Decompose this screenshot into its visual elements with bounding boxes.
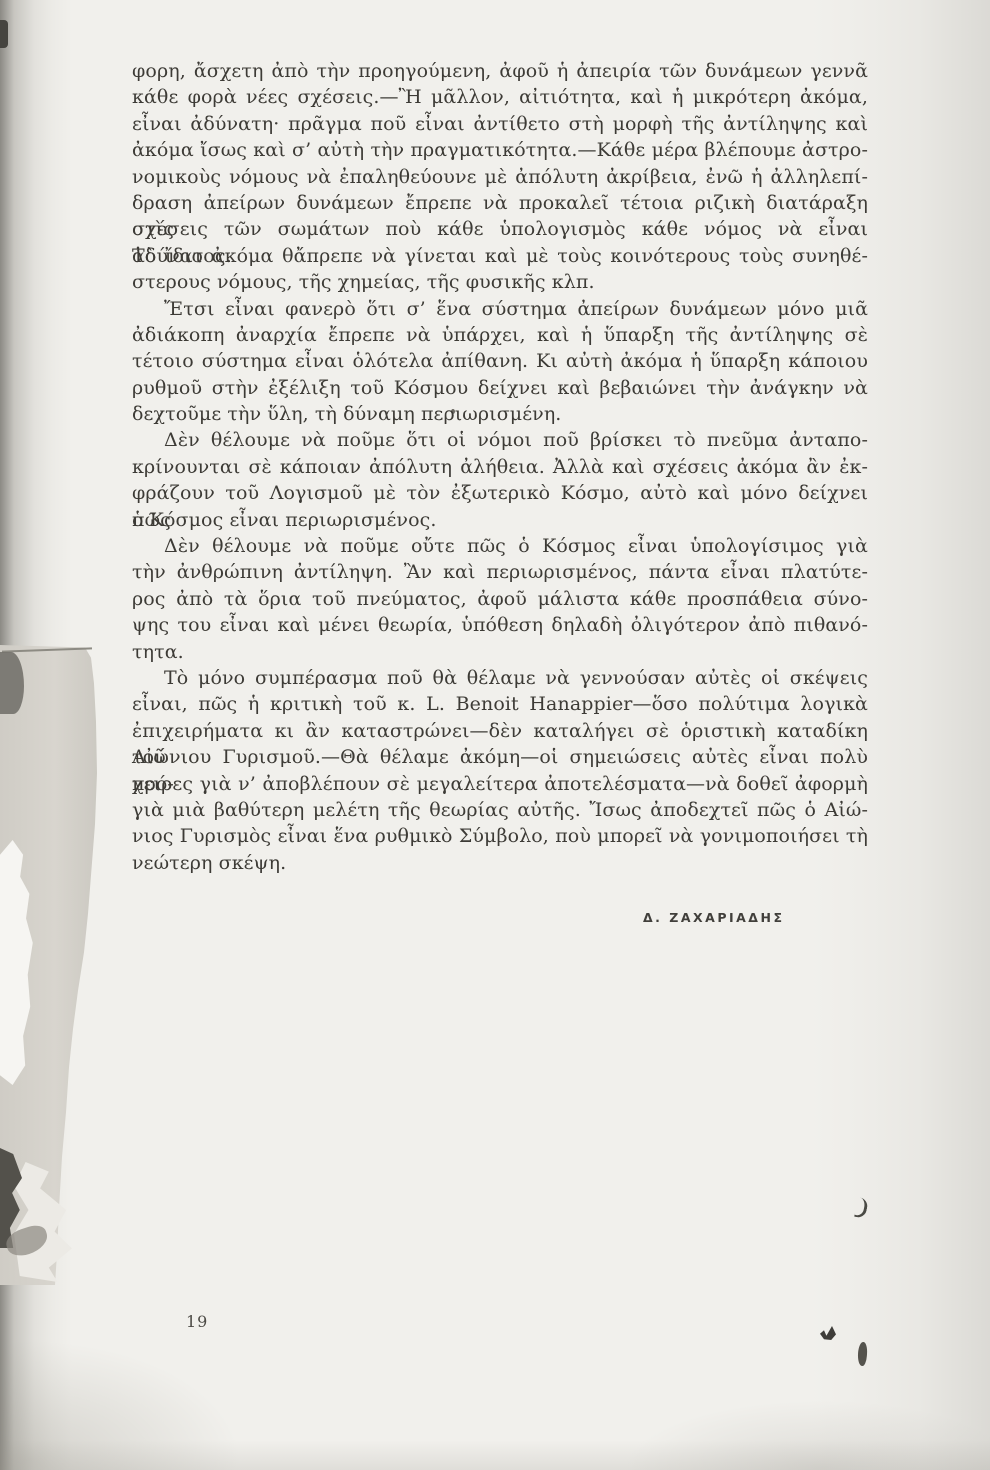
- text-line: ρος ἀπὸ τὰ ὅρια τοῦ πνεύματος, ἀφοῦ μάλι…: [132, 586, 868, 612]
- text-line: ἀκόμα ἴσως καὶ σ’ αὐτὴ τὴν πραγματικότητ…: [132, 137, 868, 163]
- ink-smudge: [0, 20, 8, 48]
- text-line: ὁ Κόσμος εἶναι περιωρισμένος.: [132, 507, 868, 533]
- text-line: ψης του εἶναι καὶ μένει θεωρία, ὑπόθεση …: [132, 612, 868, 638]
- paragraph: φορη, ἄσχετη ἀπὸ τὴν προηγούμενη, ἀφοῦ ἡ…: [132, 58, 868, 296]
- text-line: Δὲν θέλουμε νὰ ποῦμε οὔτε πῶς ὁ Κόσμος ε…: [132, 533, 868, 559]
- scanned-book-page: φορη, ἄσχετη ἀπὸ τὴν προηγούμενη, ἀφοῦ ἡ…: [0, 0, 990, 1470]
- stray-ink-mark: [854, 1197, 869, 1219]
- text-line: εἶναι ἀδύνατη· πρᾶγμα ποῦ εἶναι ἀντίθετο…: [132, 111, 868, 137]
- page-number: 19: [186, 1312, 208, 1331]
- text-line: νεώτερη σκέψη.: [132, 850, 868, 876]
- author-signature: Δ. ΖΑΧΑΡΙΑΔΗΣ: [643, 910, 784, 925]
- text-line: χειρες γιὰ ν’ ἀποβλέπουν σὲ μεγαλείτερα …: [132, 771, 868, 797]
- paragraph: Δὲν θέλουμε νὰ ποῦμε ὅτι οἱ νόμοι ποῦ βρ…: [132, 427, 868, 533]
- text-line: νιος Γυρισμὸς εἶναι ἕνα ρυθμικὸ Σύμβολο,…: [132, 823, 868, 849]
- page-text: φορη, ἄσχετη ἀπὸ τὴν προηγούμενη, ἀφοῦ ἡ…: [132, 58, 868, 876]
- text-line: δραση ἀπείρων δυνάμεων ἔπρεπε νὰ προκαλε…: [132, 190, 868, 216]
- text-line: κρίνουνται σὲ κάποιαν ἀπόλυτη ἀλήθεια. Ἀ…: [132, 454, 868, 480]
- text-line: τητα.: [132, 639, 868, 665]
- text-line: δεχτοῦμε τὴν ὕλη, τὴ δύναμη περιωρισμένη…: [132, 401, 868, 427]
- text-line: Τὸ μόνο συμπέρασμα ποῦ θὰ θέλαμε νὰ γενν…: [132, 665, 868, 691]
- text-line: φράζουν τοῦ Λογισμοῦ μὲ τὸν ἐξωτερικὸ Κό…: [132, 480, 868, 506]
- torn-white-patch: [14, 1162, 72, 1282]
- text-line: Δὲν θέλουμε νὰ ποῦμε ὅτι οἱ νόμοι ποῦ βρ…: [132, 427, 868, 453]
- paragraph: Τὸ μόνο συμπέρασμα ποῦ θὰ θέλαμε νὰ γενν…: [132, 665, 868, 876]
- text-line: φορη, ἄσχετη ἀπὸ τὴν προηγούμενη, ἀφοῦ ἡ…: [132, 58, 868, 84]
- text-line: τὴν ἀνθρώπινη ἀντίληψη. Ἂν καὶ περιωρισμ…: [132, 559, 868, 585]
- stray-ink-mark: [857, 1342, 868, 1367]
- paragraph: Ἔτσι εἶναι φανερὸ ὅτι σ’ ἕνα σύστημα ἀπε…: [132, 296, 868, 428]
- stray-ink-mark: [820, 1326, 836, 1340]
- text-line: στερους νόμους, τῆς χημείας, τῆς φυσικῆς…: [132, 269, 868, 295]
- text-line: νομικοὺς νόμους νὰ ἐπαληθεύουνε μὲ ἀπόλυ…: [132, 164, 868, 190]
- text-line: σχέσεις τῶν σωμάτων ποὺ κάθε ὑπολογισμὸς…: [132, 216, 868, 242]
- text-line: γιὰ μιὰ βαθύτερη μελέτη τῆς θεωρίας αὐτῆ…: [132, 797, 868, 823]
- text-line: ἐπιχειρήματα κι ἂν καταστρώνει—δὲν καταλ…: [132, 718, 868, 744]
- text-line: ρυθμοῦ στὴν ἐξέλιξη τοῦ Κόσμου δείχνει κ…: [132, 375, 868, 401]
- text-line: ἀδιάκοπη ἀναρχία ἔπρεπε νὰ ὑπάρχει, καὶ …: [132, 322, 868, 348]
- text-line: Τὸ ἴδιο ἀκόμα θἄπρεπε νὰ γίνεται καὶ μὲ …: [132, 243, 868, 269]
- paragraph: Δὲν θέλουμε νὰ ποῦμε οὔτε πῶς ὁ Κόσμος ε…: [132, 533, 868, 665]
- text-line: κάθε φορὰ νέες σχέσεις.—Ἢ μᾶλλον, αἰτιότ…: [132, 84, 868, 110]
- text-line: Ἔτσι εἶναι φανερὸ ὅτι σ’ ἕνα σύστημα ἀπε…: [132, 296, 868, 322]
- text-line: εἶναι, πῶς ἡ κριτικὴ τοῦ κ. L. Benoit Ha…: [132, 691, 868, 717]
- text-line: Αἰώνιου Γυρισμοῦ.—Θὰ θέλαμε ἀκόμη—οἱ σημ…: [132, 744, 868, 770]
- text-line: τέτοιο σύστημα εἶναι ὁλότελα ἀπίθανη. Κι…: [132, 348, 868, 374]
